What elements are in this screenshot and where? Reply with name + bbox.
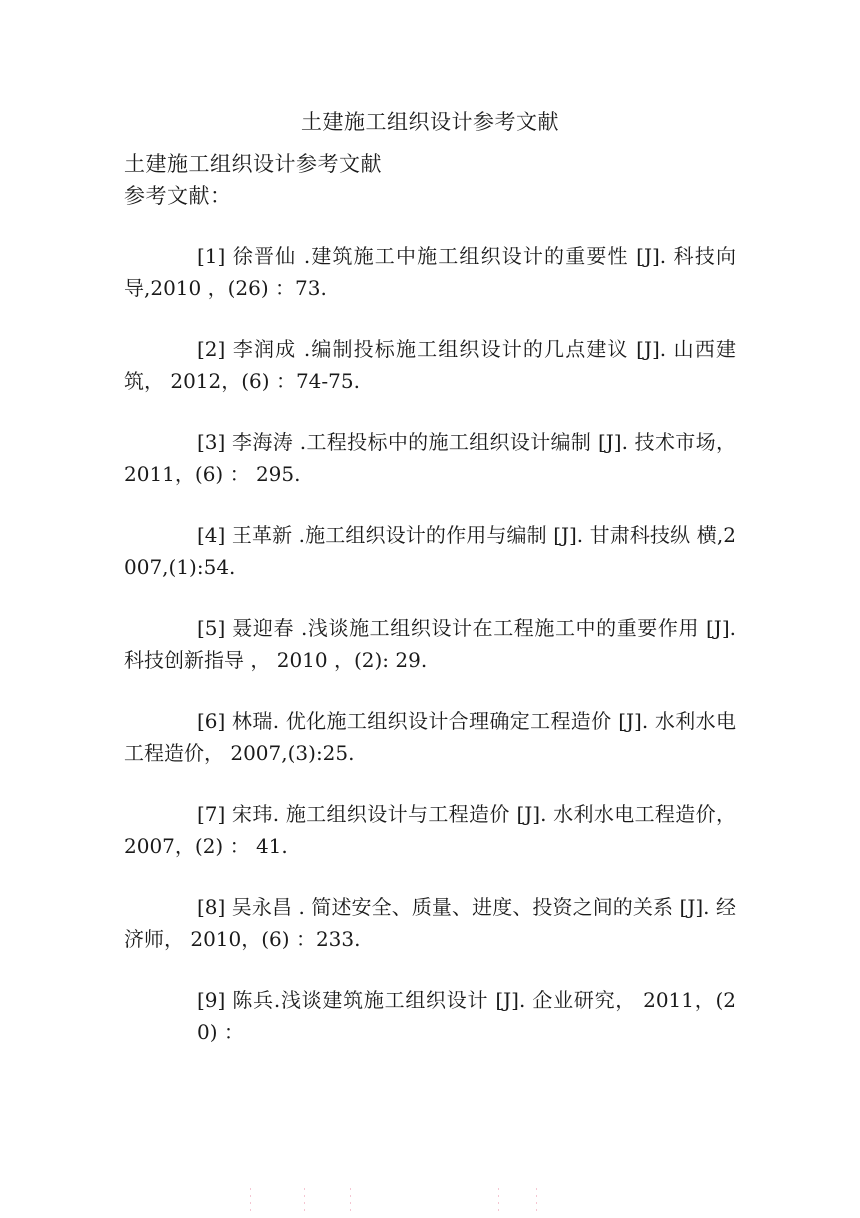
- reference-item-4: [4] 王革新 .施工组织设计的作用与编制 [J]. 甘肃科技纵 横,2007,…: [124, 519, 736, 583]
- reference-item-5: [5] 聂迎春 .浅谈施工组织设计在工程施工中的重要作用 [J]. 科技创新指导…: [124, 612, 736, 676]
- artifact-mark: [536, 1188, 537, 1214]
- document-subtitle: 土建施工组织设计参考文献: [124, 150, 382, 178]
- reference-item-9: [9] 陈兵.浅谈建筑施工组织设计 [J]. 企业研究， 2011，(20) ：: [124, 984, 736, 1048]
- artifact-mark: [304, 1188, 305, 1214]
- reference-item-2: [2] 李润成 .编制投标施工组织设计的几点建议 [J]. 山西建 筑， 201…: [124, 333, 736, 397]
- reference-list: [1] 徐晋仙 .建筑施工中施工组织设计的重要性 [J]. 科技向 导,2010…: [124, 240, 736, 1077]
- reference-item-6: [6] 林瑞. 优化施工组织设计合理确定工程造价 [J]. 水利水电 工程造价，…: [124, 705, 736, 769]
- document-title: 土建施工组织设计参考文献: [0, 108, 860, 136]
- artifact-mark: [350, 1188, 351, 1214]
- reference-item-7: [7] 宋玮. 施工组织设计与工程造价 [J]. 水利水电工程造价， 2007，…: [124, 798, 736, 862]
- reference-item-8: [8] 吴永昌 . 简述安全、质量、进度、投资之间的关系 [J]. 经 济师， …: [124, 891, 736, 955]
- references-heading: 参考文献：: [124, 182, 232, 210]
- reference-item-3: [3] 李海涛 .工程投标中的施工组织设计编制 [J]. 技术市场， 2011，…: [124, 426, 736, 490]
- reference-item-1: [1] 徐晋仙 .建筑施工中施工组织设计的重要性 [J]. 科技向 导,2010…: [124, 240, 736, 304]
- artifact-mark: [498, 1188, 499, 1214]
- document-page: 土建施工组织设计参考文献 土建施工组织设计参考文献 参考文献： [1] 徐晋仙 …: [0, 0, 860, 1218]
- artifact-mark: [250, 1188, 251, 1214]
- scan-artifacts: [0, 1188, 860, 1218]
